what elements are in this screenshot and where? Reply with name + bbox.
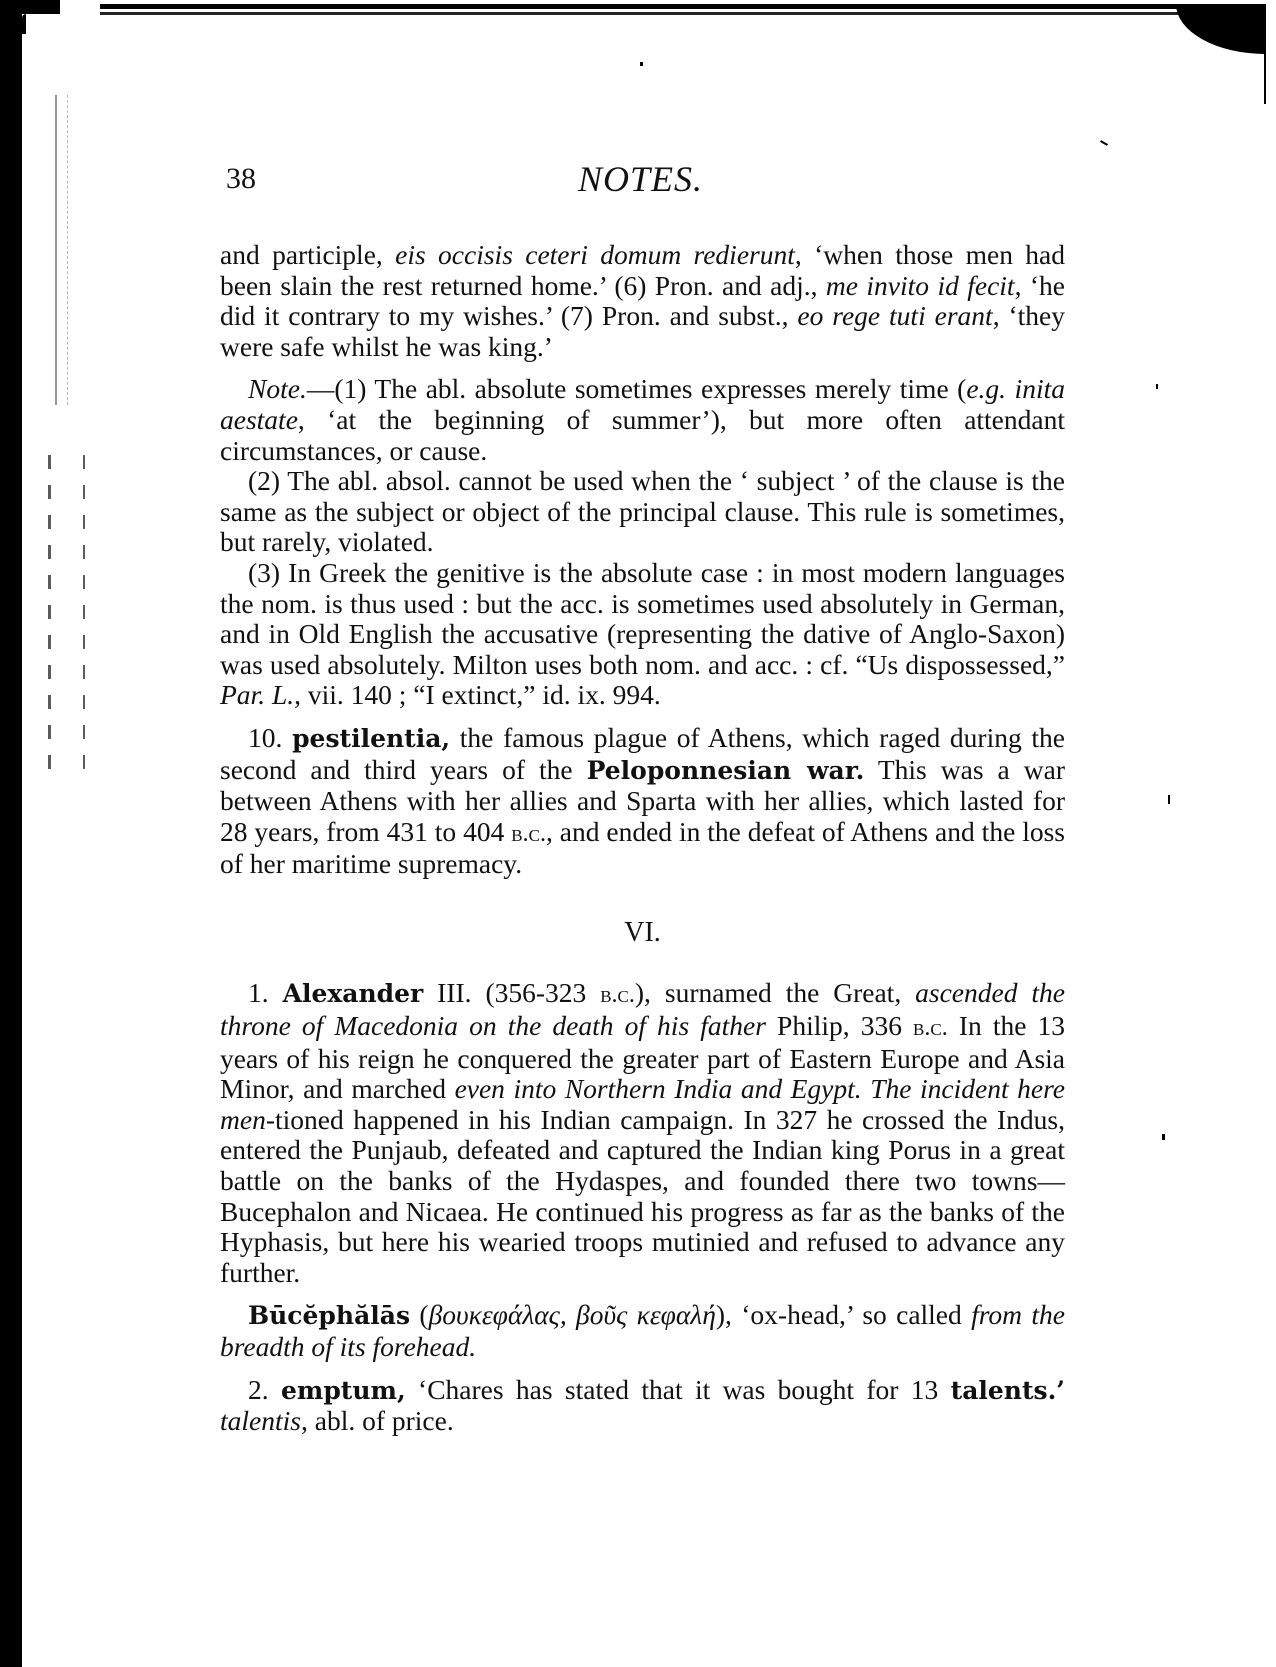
scan-edge-left [0, 0, 22, 1667]
scan-edge-right [1264, 54, 1266, 104]
scan-edge-left-curl [22, 14, 26, 34]
paragraph-note-2: (2) The abl. absol. cannot be used when … [220, 466, 1065, 558]
scan-corner-top-left [0, 0, 60, 14]
paragraph-note-1-alexander: 1. Alexander III. (356-323 b.c.), surnam… [220, 978, 1065, 1288]
section-heading-vi: VI. [220, 918, 1065, 949]
scan-corner-top-right [1176, 4, 1266, 54]
scan-gutter-marks [55, 95, 68, 405]
paragraph-note-3: (3) In Greek the genitive is the absolut… [220, 558, 1065, 711]
paragraph-note-10-pestilentia: 10. pestilentia, the famous plague of At… [220, 723, 1065, 880]
page-header: 38 NOTES. [218, 150, 1063, 208]
paragraph-note-1: Note.—(1) The abl. absolute sometimes ex… [220, 374, 1065, 466]
scan-speck [1162, 1134, 1165, 1140]
greek-etymology: βουκεφάλας, βοῦς κεφαλή [429, 1299, 716, 1330]
scan-speck [1168, 795, 1170, 804]
running-head: NOTES. [218, 158, 1063, 200]
paragraph-note-2-emptum: 2. emptum, ‘Chares has stated that it wa… [220, 1375, 1065, 1437]
scan-speck [1100, 140, 1108, 146]
scan-speck [1156, 384, 1158, 389]
paragraph-bucephalas: Būcĕphălās (βουκεφάλας, βοῦς κεφαλή), ‘o… [220, 1300, 1065, 1362]
page-body: and participle, eis occisis ceteri domum… [220, 240, 1065, 1437]
scan-speck [22, 1080, 36, 1088]
book-page: 38 NOTES. [218, 150, 1063, 208]
scan-gutter-marks-lower [48, 455, 88, 785]
scan-edge-top [100, 4, 1265, 18]
paragraph-ablative-participle: and participle, eis occisis ceteri domum… [220, 240, 1065, 362]
scan-speck [640, 62, 643, 66]
